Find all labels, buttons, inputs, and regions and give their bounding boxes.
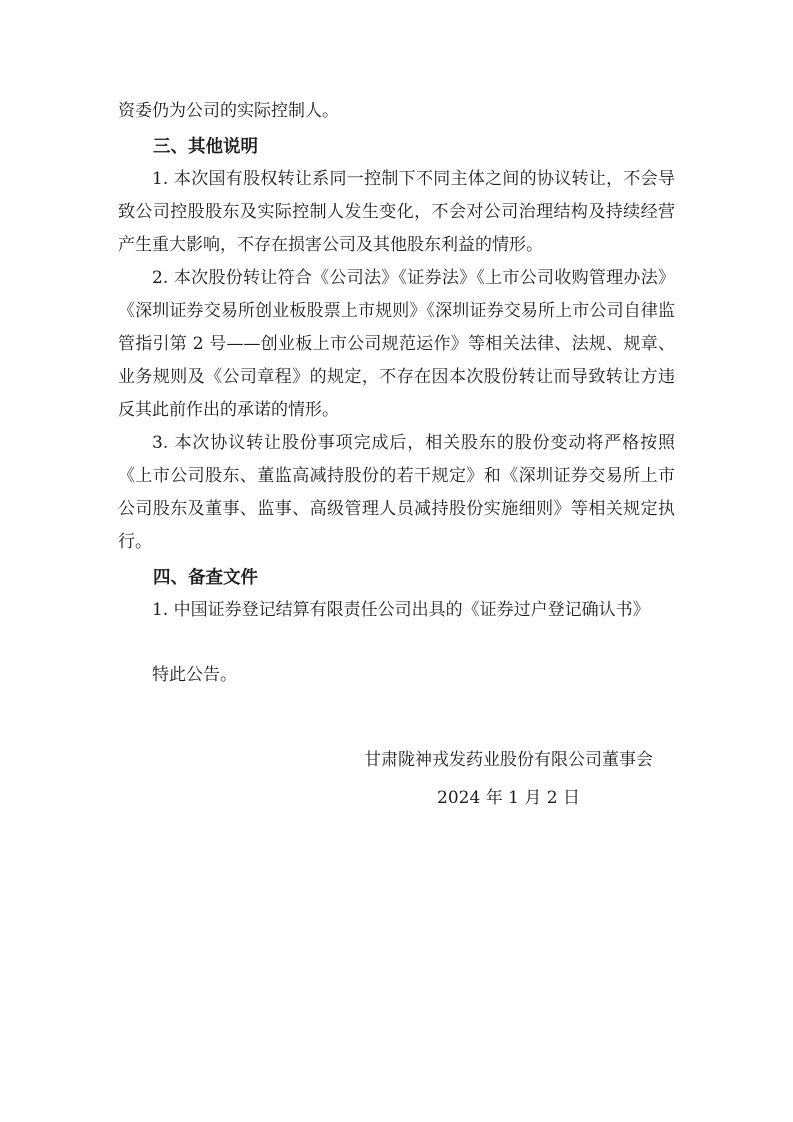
paragraph-2: 2. 本次股份转让符合《公司法》《证券法》《上市公司收购管理办法》《深圳证券交易… bbox=[118, 262, 675, 427]
section-heading-reference-documents: 四、备查文件 bbox=[118, 561, 675, 594]
paragraph-3: 3. 本次协议转让股份事项完成后，相关股东的股份变动将严格按照《上市公司股东、董… bbox=[118, 427, 675, 559]
section-heading-other-notes: 三、其他说明 bbox=[118, 130, 675, 163]
signature-company-board: 甘肃陇神戎发药业股份有限公司董事会 bbox=[364, 744, 653, 777]
reference-document-item: 1. 中国证券登记结算有限责任公司出具的《证券过户登记确认书》 bbox=[118, 594, 675, 627]
paragraph-1: 1. 本次国有股权转让系同一控制下不同主体之间的协议转让，不会导致公司控股股东及… bbox=[118, 163, 675, 262]
closing-statement: 特此公告。 bbox=[118, 659, 675, 692]
signature-block: 甘肃陇神戎发药业股份有限公司董事会 2024 年 1 月 2 日 bbox=[364, 744, 653, 815]
continuation-line: 资委仍为公司的实际控制人。 bbox=[118, 95, 675, 128]
announcement-page: 资委仍为公司的实际控制人。 三、其他说明 1. 本次国有股权转让系同一控制下不同… bbox=[0, 0, 793, 1122]
signature-date: 2024 年 1 月 2 日 bbox=[364, 782, 653, 815]
document-body: 资委仍为公司的实际控制人。 三、其他说明 1. 本次国有股权转让系同一控制下不同… bbox=[118, 95, 675, 815]
